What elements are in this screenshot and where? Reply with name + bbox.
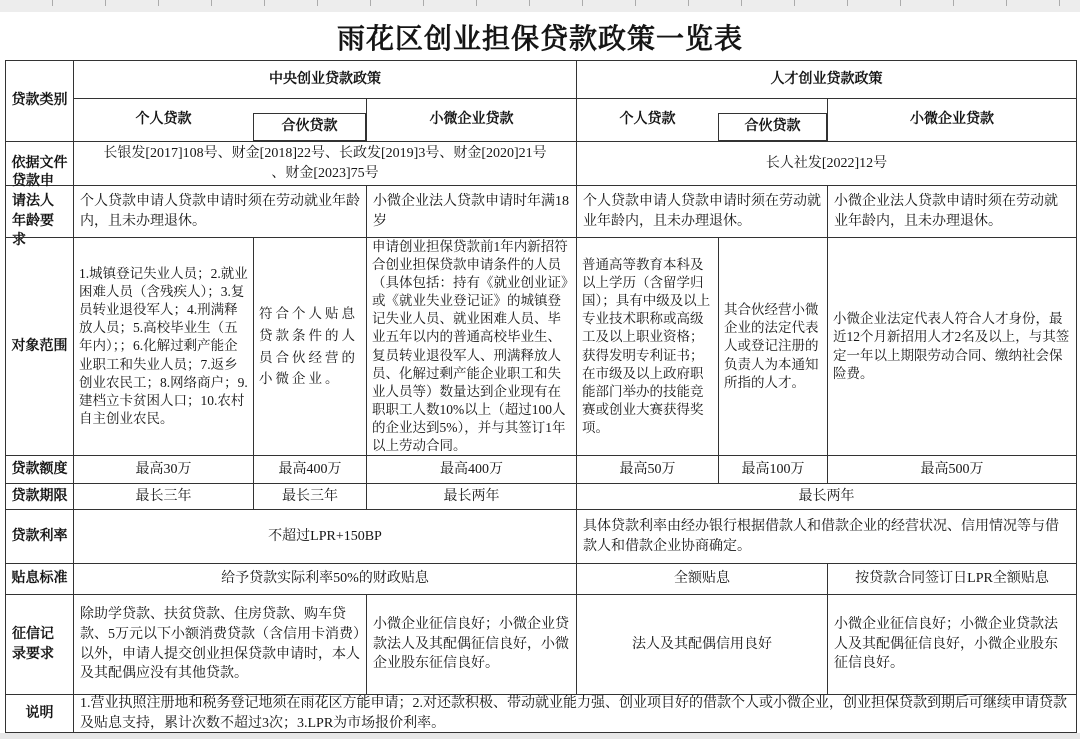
cell-rate-central: 不超过LPR+150BP bbox=[73, 509, 576, 563]
cell-term-talent: 最长两年 bbox=[576, 483, 1076, 509]
subheader-talent-small-enterprise: 小微企业贷款 bbox=[827, 99, 1076, 141]
subheader-talent-partnership: 合伙贷款 bbox=[718, 113, 827, 141]
row-label-age: 贷款申请法人年龄要求 bbox=[6, 185, 73, 237]
cell-age-talent-small: 小微企业法人贷款申请时须在劳动就业年龄内，且未办理退休。 bbox=[827, 185, 1076, 237]
row-label-amount: 贷款额度 bbox=[6, 455, 73, 483]
cell-age-central-small: 小微企业法人贷款申请时年满18岁 bbox=[366, 185, 576, 237]
cell-credit-talent-small: 小微企业征信良好；小微企业贷款法人及其配偶征信良好，小微企业股东征信良好。 bbox=[827, 594, 1076, 694]
cell-subsidy-central: 给予贷款实际利率50%的财政贴息 bbox=[73, 563, 576, 594]
cell-scope-central-partnership: 符合个人贴息贷款条件的人员合伙经营的小微企业。 bbox=[253, 237, 366, 455]
row-label-credit: 征信记录要求 bbox=[6, 594, 73, 694]
subheader-central-personal: 个人贷款 bbox=[73, 99, 253, 141]
subheader-talent-personal: 个人贷款 bbox=[576, 99, 718, 141]
group-header-central: 中央创业贷款政策 bbox=[73, 61, 576, 99]
corner-label-loan-type: 贷款类别 bbox=[6, 61, 73, 141]
cell-credit-central-personal-partnership: 除助学贷款、扶贫贷款、住房贷款、购车贷款、5万元以下小额消费贷款（含信用卡消费）… bbox=[73, 594, 366, 694]
cell-basis-central: 长银发[2017]108号、财金[2018]22号、长政发[2019]3号、财金… bbox=[73, 141, 576, 185]
policy-table: 贷款类别 中央创业贷款政策 人才创业贷款政策 个人贷款 合伙贷款 小微企业贷款 … bbox=[5, 60, 1077, 733]
cell-credit-talent-personal-partnership: 法人及其配偶信用良好 bbox=[576, 594, 827, 694]
cell-term-central-personal: 最长三年 bbox=[73, 483, 253, 509]
subheader-central-partnership: 合伙贷款 bbox=[253, 113, 366, 141]
page-title: 雨花区创业担保贷款政策一览表 bbox=[0, 13, 1080, 60]
cell-amount-central-partnership: 最高400万 bbox=[253, 455, 366, 483]
cell-scope-central-small: 申请创业担保贷款前1年内新招符合创业担保贷款申请条件的人员（具体包括：持有《就业… bbox=[366, 237, 576, 455]
cell-amount-central-personal: 最高30万 bbox=[73, 455, 253, 483]
row-label-notes: 说明 bbox=[6, 694, 73, 732]
cell-subsidy-talent-personal-partnership: 全额贴息 bbox=[576, 563, 827, 594]
cell-scope-talent-partnership: 其合伙经营小微企业的法定代表人或登记注册的负责人为本通知所指的人才。 bbox=[718, 237, 827, 455]
cell-scope-talent-small: 小微企业法定代表人符合人才身份，最近12个月新招用人才2名及以上，与其签定一年以… bbox=[827, 237, 1076, 455]
row-label-term: 贷款期限 bbox=[6, 483, 73, 509]
cell-age-central-personal: 个人贷款申请人贷款申请时须在劳动就业年龄内，且未办理退休。 bbox=[73, 185, 366, 237]
cell-term-central-partnership: 最长三年 bbox=[253, 483, 366, 509]
row-label-subsidy: 贴息标准 bbox=[6, 563, 73, 594]
cell-subsidy-talent-small: 按贷款合同签订日LPR全额贴息 bbox=[827, 563, 1076, 594]
cell-notes-text: 1.营业执照注册地和税务登记地须在雨花区方能申请；2.对还款积极、带动就业能力强… bbox=[73, 694, 1076, 732]
cell-amount-central-small: 最高400万 bbox=[366, 455, 576, 483]
cell-amount-talent-personal: 最高50万 bbox=[576, 455, 718, 483]
cell-term-central-small: 最长两年 bbox=[366, 483, 576, 509]
cell-age-talent-personal: 个人贷款申请人贷款申请时须在劳动就业年龄内，且未办理退休。 bbox=[576, 185, 827, 237]
row-label-scope: 对象范围 bbox=[6, 237, 73, 455]
cell-scope-central-personal: 1.城镇登记失业人员；2.就业困难人员（含残疾人）；3.复员转业退役军人；4.刑… bbox=[73, 237, 253, 455]
cell-amount-talent-partnership: 最高100万 bbox=[718, 455, 827, 483]
cell-scope-talent-personal: 普通高等教育本科及以上学历（含留学归国）；具有中级及以上专业技术职称或高级工及以… bbox=[576, 237, 718, 455]
cell-credit-central-small: 小微企业征信良好；小微企业贷款法人及其配偶征信良好，小微企业股东征信良好。 bbox=[366, 594, 576, 694]
group-header-talent: 人才创业贷款政策 bbox=[576, 61, 1076, 99]
row-label-rate: 贷款利率 bbox=[6, 509, 73, 563]
cell-rate-talent: 具体贷款利率由经办银行根据借款人和借款企业的经营状况、信用情况等与借款人和借款企… bbox=[576, 509, 1076, 563]
cell-basis-talent: 长人社发[2022]12号 bbox=[576, 141, 1076, 185]
cell-amount-talent-small: 最高500万 bbox=[827, 455, 1076, 483]
subheader-central-small-enterprise: 小微企业贷款 bbox=[366, 99, 576, 141]
spreadsheet-column-ticks bbox=[0, 0, 1080, 12]
